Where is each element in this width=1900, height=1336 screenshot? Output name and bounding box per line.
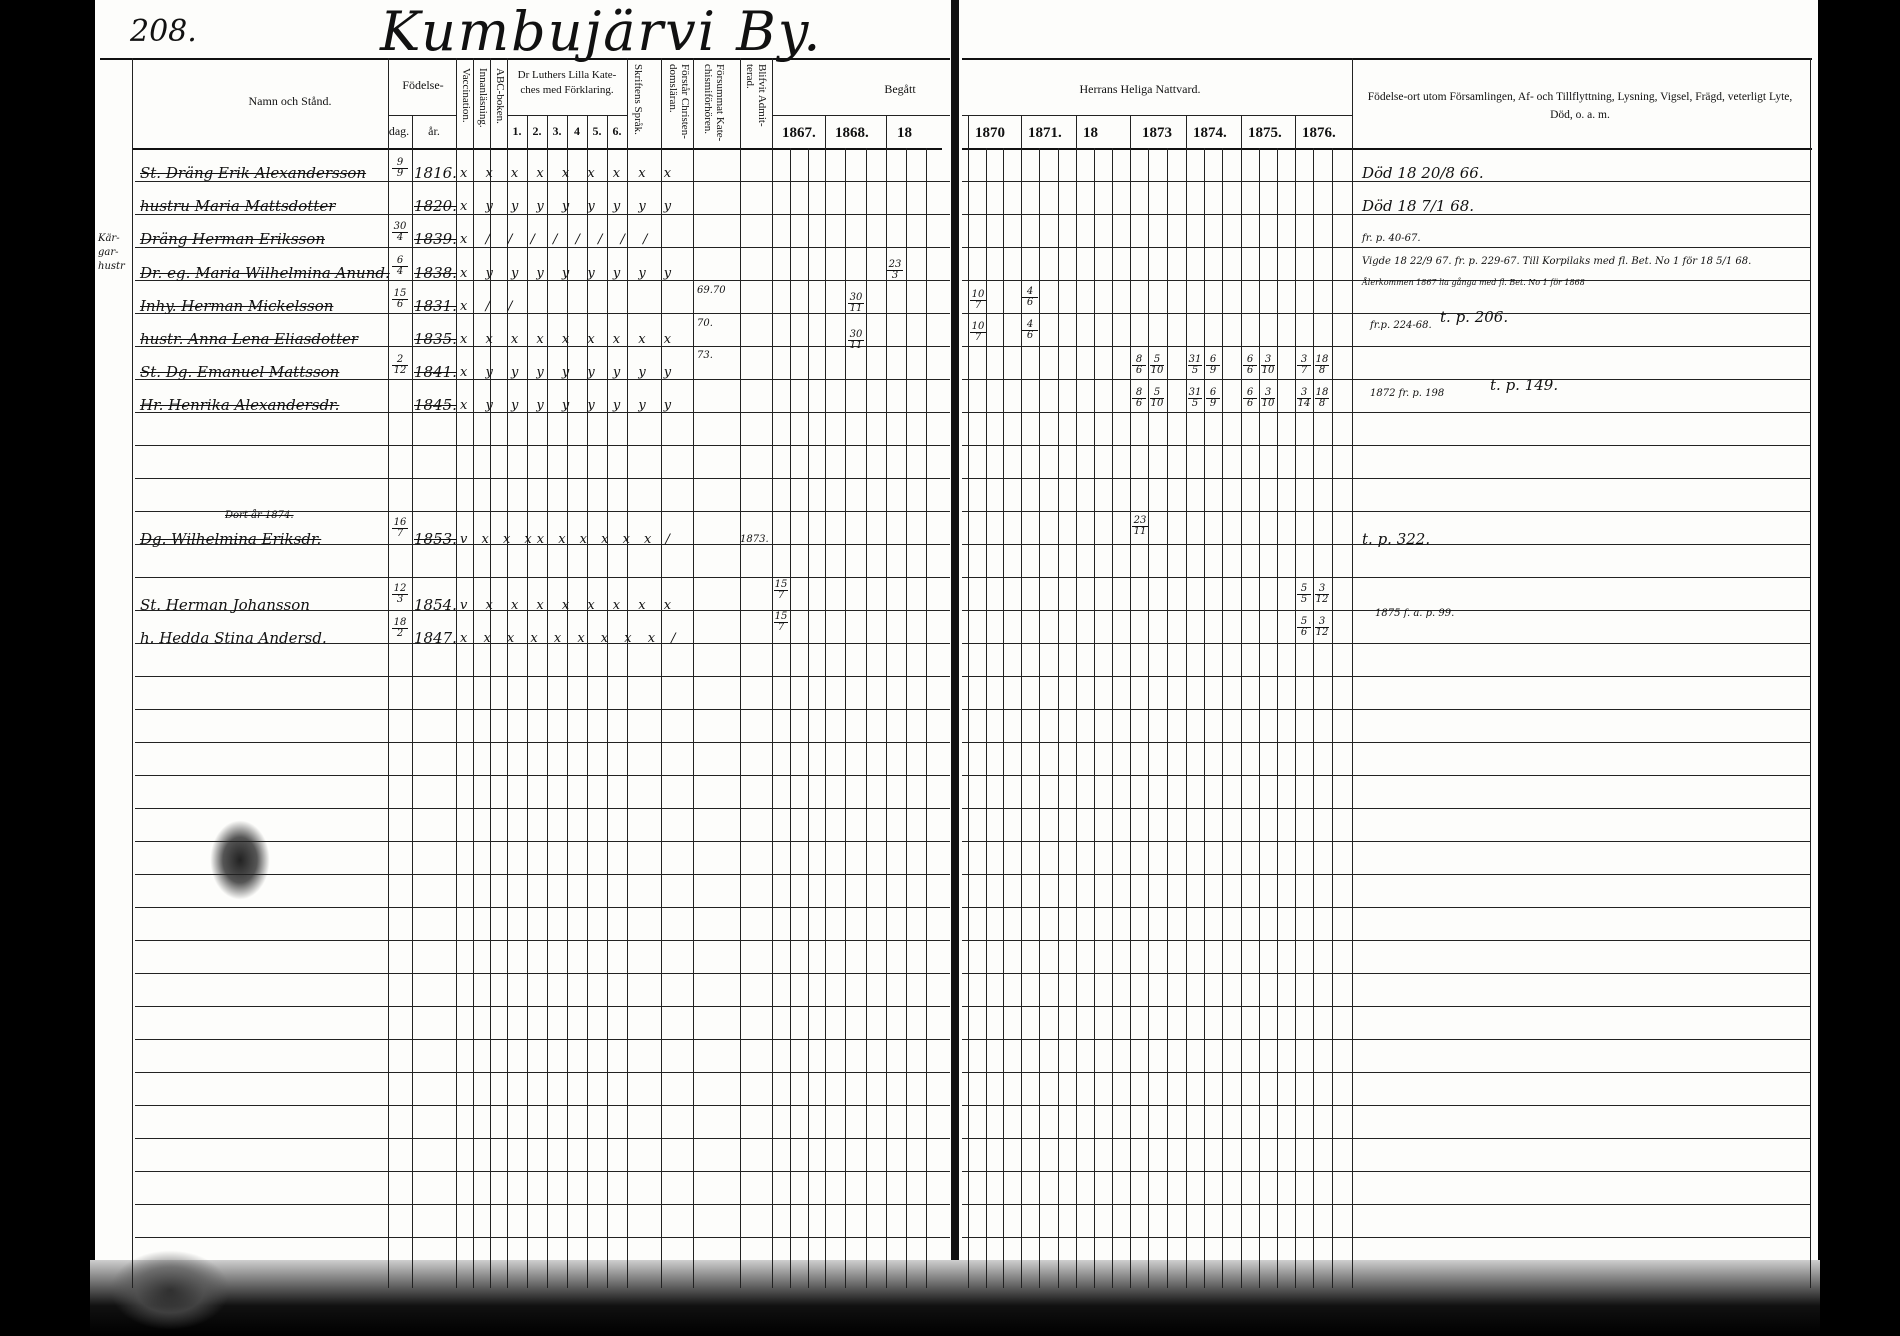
row-rule (135, 709, 950, 710)
rule (926, 148, 927, 1288)
row-3-name: Dräng Herman Eriksson (140, 230, 325, 248)
row-11-above-note: Dort år 1874. (225, 510, 294, 521)
row-7-day: 212 (392, 355, 408, 376)
row-7-year: 1841. (414, 363, 457, 381)
header-name-col: Namn och Stånd. (180, 94, 400, 109)
row-6-1868: 3011 (848, 330, 864, 351)
row-rule (962, 1105, 1810, 1106)
row-rule (135, 577, 950, 578)
book-gutter (951, 0, 959, 1290)
row-rule (962, 808, 1810, 809)
rule (1222, 148, 1223, 1288)
row-7-nv-7: 37 (1297, 355, 1311, 376)
row-rule (962, 874, 1810, 875)
row-7-nv-5: 66 (1243, 355, 1257, 376)
row-11-name: Dg. Wilhelmina Eriksdr. (140, 530, 321, 548)
rule (1186, 115, 1187, 1288)
row-8-nv-5: 66 (1243, 388, 1257, 409)
nattvard-year-1874: 1874. (1193, 125, 1227, 142)
row-7-nv-6: 310 (1261, 355, 1275, 376)
rule (1810, 58, 1811, 1288)
row-8-nv-3: 315 (1188, 388, 1202, 409)
header-forsummat: Försummat Kate-chismiförhören. (702, 64, 726, 148)
rule (100, 58, 950, 60)
row-8-nv-8: 188 (1315, 388, 1329, 409)
row-3-day: 304 (392, 222, 408, 243)
row-rule (962, 709, 1810, 710)
header-notes-col: Födelse-ort utom Församlingen, Af- och T… (1360, 88, 1800, 124)
row-14-begatt: 157 (774, 612, 788, 633)
rule (772, 58, 773, 1288)
rule (1332, 148, 1333, 1288)
row-13-1876-b: 312 (1315, 584, 1329, 605)
header-birth-day: dag. (388, 124, 410, 139)
row-14-marks: x x x x x x x x x / (460, 631, 682, 646)
rule (587, 115, 588, 1288)
row-2-notes: Död 18 7/1 68. (1362, 197, 1474, 215)
rule (1167, 148, 1168, 1288)
row-rule (135, 775, 950, 776)
row-7-nv-8: 188 (1315, 355, 1329, 376)
nattvard-year-1870: 1870 (975, 125, 1005, 142)
row-8-name: Hr. Henrika Alexandersdr. (140, 396, 339, 414)
nattvard-year-18: 18 (1083, 125, 1098, 142)
header-skriftens-sprak: Skriftens Språk. (632, 64, 644, 148)
row-7-nv-3: 315 (1188, 355, 1202, 376)
row-rule (135, 1039, 950, 1040)
row-8-nv-7: 314 (1297, 388, 1311, 409)
row-rule (135, 808, 950, 809)
header-admitterad: Blifvit Admit-terad. (744, 64, 768, 148)
row-1-year: 1816. (414, 164, 457, 182)
header-innanlasning: Innanläsning. (477, 68, 489, 148)
village-title: Kumbujärvi By. (380, 0, 822, 63)
row-7-notes2: t. p. 149. (1490, 376, 1558, 394)
row-rule (135, 874, 950, 875)
row-3-year: 1839. (414, 230, 457, 248)
row-6-1870: 107 (970, 322, 986, 343)
row-2-name: hustru Maria Mattsdotter (140, 197, 335, 215)
row-rule (962, 313, 1810, 314)
rule (693, 58, 694, 1288)
row-rule (135, 1237, 950, 1238)
row-5-1871: 46 (1022, 287, 1038, 308)
row-14-day: 182 (392, 618, 408, 639)
row-rule (135, 1006, 950, 1007)
begatt-year-2: 1868. (835, 125, 869, 142)
begatt-year-3: 18 (897, 125, 912, 142)
right-page (958, 0, 1818, 1290)
rule (1313, 148, 1314, 1288)
header-begatt: Begått (860, 82, 940, 97)
row-rule (962, 247, 1810, 248)
row-rule (135, 973, 950, 974)
row-13-marks: v x x x x x x x x (460, 598, 678, 613)
row-5-name: Inhy. Herman Mickelsson (140, 297, 333, 315)
row-14-1876-b: 312 (1315, 617, 1329, 638)
row-6-forstar: 73. (697, 350, 713, 361)
row-13-day: 123 (392, 584, 408, 605)
row-4-begatt-18: 233 (887, 260, 903, 281)
row-7-nv-1: 86 (1132, 355, 1146, 376)
rule (962, 58, 1812, 60)
row-4-name: Dr. eg. Maria Wilhelmina Anund. (140, 264, 390, 282)
row-rule (135, 1171, 950, 1172)
row-6-name: hustr. Anna Lena Eliasdotter (140, 330, 358, 348)
row-rule (962, 511, 1810, 512)
header-abc-boken: ABC-boken. (494, 68, 506, 148)
row-rule (962, 775, 1810, 776)
rule (1352, 58, 1353, 1288)
nattvard-year-1875: 1875. (1248, 125, 1282, 142)
row-rule (135, 1204, 950, 1205)
row-13-notes: 1875 f. a. p. 99. (1375, 608, 1454, 619)
row-8-year: 1845. (414, 396, 457, 414)
rule (845, 148, 846, 1288)
rule (388, 58, 389, 1288)
rule (772, 115, 950, 116)
rule (547, 115, 548, 1288)
rule (986, 148, 987, 1288)
ink-blot (210, 820, 270, 900)
rule (740, 58, 741, 1288)
row-rule (962, 577, 1810, 578)
row-rule (135, 445, 950, 446)
row-rule (135, 478, 950, 479)
row-14-name: h. Hedda Stina Andersd. (140, 629, 327, 647)
begatt-year-1: 1867. (782, 125, 816, 142)
row-8-nv-4: 69 (1206, 388, 1220, 409)
header-catechism-5: 5. (587, 124, 607, 139)
rule (825, 115, 826, 1288)
row-3-marks: x / / / / / / / / (460, 232, 654, 247)
row-2-year: 1820. (414, 197, 457, 215)
nattvard-year-1871: 1871. (1028, 125, 1062, 142)
row-5-notes: fr.p. 224-68. (1370, 320, 1432, 331)
rule (1241, 115, 1242, 1288)
row-rule (962, 841, 1810, 842)
row-rule (135, 1105, 950, 1106)
rule (866, 148, 867, 1288)
row-7-marks: x y y y y y y y y (460, 365, 678, 380)
row-8-nv-2: 510 (1150, 388, 1164, 409)
row-4-year: 1838. (414, 264, 457, 282)
row-8-nv-1: 86 (1132, 388, 1146, 409)
row-rule (962, 1006, 1810, 1007)
row-rule (135, 1072, 950, 1073)
stain (110, 1250, 230, 1330)
row-1-day: 99 (392, 158, 408, 179)
row-rule (962, 1237, 1810, 1238)
row-8-marks: x y y y y y y y y (460, 398, 678, 413)
row-rule (135, 742, 950, 743)
rule (1130, 115, 1131, 1288)
row-14-year: 1847. (414, 629, 457, 647)
rule (1295, 115, 1296, 1288)
row-rule (962, 1138, 1810, 1139)
row-11-1873: 2311 (1132, 516, 1148, 537)
row-rule (962, 973, 1810, 974)
row-13-year: 1854. (414, 596, 457, 614)
row-14-1876-a: 56 (1297, 617, 1311, 638)
row-rule (962, 1171, 1810, 1172)
row-11-admitted: 1873. (740, 534, 769, 545)
row-rule (962, 478, 1810, 479)
row-rule (962, 445, 1810, 446)
row-6-1871: 46 (1022, 320, 1038, 341)
header-birth-year: år. (412, 124, 456, 139)
row-rule (962, 1072, 1810, 1073)
rule (661, 58, 662, 1288)
rule (1094, 148, 1095, 1288)
row-1-name: St. Dräng Erik Alexandersson (140, 164, 366, 182)
header-vaccination: Vaccination. (460, 68, 472, 148)
row-rule (962, 907, 1810, 908)
rule (968, 115, 969, 1288)
page-bottom-edge (90, 1260, 1820, 1336)
rule (567, 115, 568, 1288)
page-number: 208. (130, 14, 197, 49)
row-4-marks: x y y y y y y y y (460, 266, 678, 281)
row-rule (962, 346, 1810, 347)
rule (607, 115, 608, 1288)
rule (790, 148, 791, 1288)
row-rule (135, 940, 950, 941)
rule (412, 115, 413, 1288)
left-margin-note: Kär- gar- hustr (98, 232, 128, 274)
nattvard-year-1876: 1876. (1302, 125, 1336, 142)
rule (132, 58, 133, 1288)
row-11-year: 1853. (414, 530, 457, 548)
row-1-notes: Död 18 20/8 66. (1362, 164, 1484, 182)
rule (1039, 148, 1040, 1288)
row-rule (962, 412, 1810, 413)
row-4-forstar: 69.70 (697, 285, 726, 296)
row-13-begatt: 157 (774, 580, 788, 601)
rule (808, 148, 809, 1288)
row-5-notes2: t. p. 206. (1440, 308, 1508, 326)
header-catechism-4: 4 (567, 124, 587, 139)
row-rule (962, 1039, 1810, 1040)
row-6-marks: x x x x x x x x x (460, 332, 678, 347)
rule (962, 148, 1812, 150)
row-rule (962, 940, 1810, 941)
row-rule (135, 676, 950, 677)
row-5-forstar: 70. (697, 318, 713, 329)
row-rule (962, 643, 1810, 644)
row-4-notes-extra: Ålerkommen 1867 lia gånga med fl. Bet. N… (1362, 278, 1585, 287)
header-nattvard: Herrans Heliga Nattvard. (1020, 82, 1260, 97)
row-7-nv-2: 510 (1150, 355, 1164, 376)
header-birth-group: Födelse- (390, 78, 456, 93)
row-13-1876-a: 55 (1297, 584, 1311, 605)
row-7-notes: 1872 fr. p. 198 (1370, 388, 1444, 399)
rule (388, 115, 456, 116)
row-5-year: 1831. (414, 297, 457, 315)
header-forstar: Förstår Christen-domsläran. (667, 64, 691, 148)
row-rule (962, 379, 1810, 380)
rule (1259, 148, 1260, 1288)
header-catechism-2: 2. (527, 124, 547, 139)
row-6-year: 1835. (414, 330, 457, 348)
row-5-marks: x / / (460, 299, 519, 314)
row-5-1868: 3011 (848, 293, 864, 314)
row-4-notes: Vigde 18 22/9 67. fr. p. 229-67. Till Ko… (1362, 256, 1751, 267)
row-rule (135, 841, 950, 842)
header-catechism-group: Dr Luthers Lilla Kate-ches med Förklarin… (508, 68, 626, 98)
rule (1003, 148, 1004, 1288)
row-5-day: 156 (392, 289, 408, 310)
row-rule (962, 742, 1810, 743)
row-rule (135, 907, 950, 908)
rule (906, 148, 907, 1288)
row-rule (962, 676, 1810, 677)
row-8-nv-6: 310 (1261, 388, 1275, 409)
row-1-marks: x x x x x x x x x (460, 166, 678, 181)
header-catechism-3: 3. (547, 124, 567, 139)
rule (1148, 148, 1149, 1288)
rule (132, 148, 942, 150)
rule (1277, 148, 1278, 1288)
row-4-day: 64 (392, 256, 408, 277)
row-rule (135, 1138, 950, 1139)
header-catechism-1: 1. (507, 124, 527, 139)
row-2-marks: x y y y y y y y y (460, 199, 678, 214)
rule (1058, 148, 1059, 1288)
rule (1204, 148, 1205, 1288)
row-11-notes: t. p. 322. (1362, 530, 1430, 548)
row-13-name: St. Herman Johansson (140, 596, 310, 614)
rule (527, 115, 528, 1288)
row-5-1870: 107 (970, 290, 986, 311)
rule (1076, 115, 1077, 1288)
row-7-nv-4: 69 (1206, 355, 1220, 376)
row-rule (962, 1204, 1810, 1205)
row-3-notes: fr. p. 40-67. (1362, 233, 1421, 244)
rule (886, 115, 887, 1288)
nattvard-year-1873: 1873 (1142, 125, 1172, 142)
rule (1112, 148, 1113, 1288)
row-11-day: 167 (392, 518, 408, 539)
header-catechism-6: 6. (607, 124, 627, 139)
row-7-name: St. Dg. Emanuel Mattsson (140, 363, 339, 381)
row-11-marks: v x x xx x x x x x / (460, 532, 675, 547)
